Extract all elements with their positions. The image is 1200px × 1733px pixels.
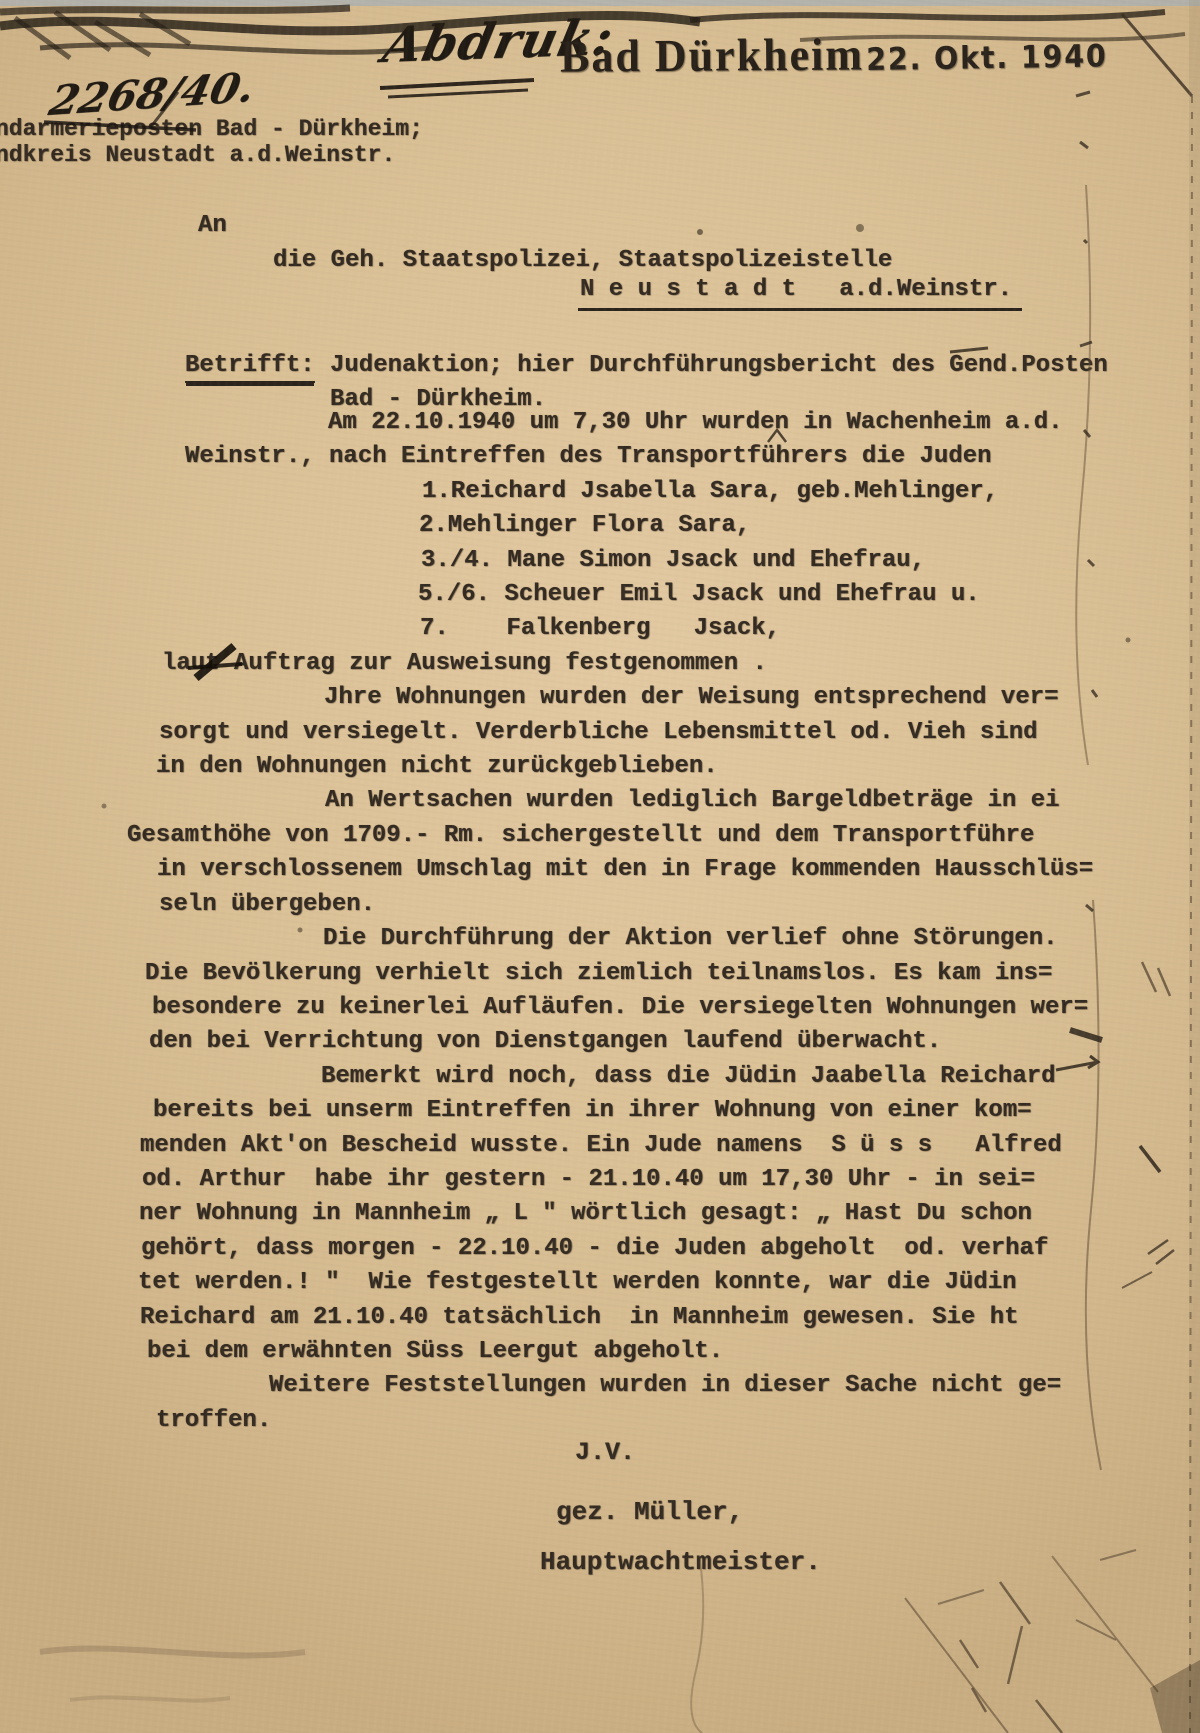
recipient-line-2: N e u s t a d t a.d.Weinstr. [578,276,1022,311]
document-line: tet werden.! " Wie festgestellt werden k… [0,1266,1198,1300]
document-line: Gesamthöhe von 1709.- Rm. sichergestellt… [2,819,1200,853]
document-line: 1.Reichard Jsabella Sara, geb.Mehlinger, [2,475,1200,509]
document-line: Jhre Wohnungen wurden der Weisung entspr… [0,681,1199,715]
subject-label: Betrifft: [185,352,315,383]
document-line: od. Arthur habe ihr gestern - 21.10.40 u… [2,1163,1200,1197]
document-line: gehört, dass morgen - 22.10.40 - die Jud… [1,1232,1200,1266]
date-stamp: 22. Okt. 1940 [866,38,1108,78]
document-line: Weitere Feststellungen wurden in dieser … [0,1369,1199,1403]
document-line: in verschlossenem Umschlag mit den in Fr… [0,853,1199,887]
document-line: 5./6. Scheuer Emil Jsack und Ehefrau u. [0,578,1198,612]
place-stamp: Bad Dürkheim [560,28,864,83]
document-line: sorgt und versiegelt. Verderbliche Leben… [1,716,1200,750]
signature-name: gez. Müller, [556,1497,743,1527]
document-line: bereits bei unserm Eintreffen in ihrer W… [0,1094,1198,1128]
sender-line-1: ndarmerieposten Bad - Dürkheim; [0,116,423,142]
document-body-lines: Am 22.10.1940 um 7,30 Uhr wurden in Wach… [0,406,1200,1438]
subject-line-1: Judenaktion; hier Durchführungsbericht d… [330,352,1108,379]
document-line: An Wertsachen wurden lediglich Bargeldbe… [0,784,1200,818]
document-line: Reichard am 21.10.40 tatsächlich in Mann… [0,1301,1200,1335]
document-line: den bei Verrichtung von Dienstgangen lau… [0,1025,1199,1059]
sender-line-2: ndkreis Neustadt a.d.Weinstr. [0,142,395,168]
signature-jv: J.V. [575,1438,635,1467]
recipient-an: An [198,212,227,239]
document-line: Weinstr., nach Eintreffen des Transportf… [0,440,1200,474]
document-line: Bemerkt wird noch, dass die Jüdin Jaabel… [1,1060,1200,1094]
document-line: Am 22.10.1940 um 7,30 Uhr wurden in Wach… [0,406,1198,440]
document-line: Die Bevölkerung verhielt sich ziemlich t… [0,957,1200,991]
document-line: in den Wohnungen nicht zurückgeblieben. [0,750,1198,784]
scan-page: Abdruk: Bad Dürkheim 22. Okt. 1940 2268/… [0,0,1200,1733]
document-line: bei dem erwähnten Süss Leergut abgeholt. [2,1335,1200,1369]
document-line: seln übergeben. [1,888,1200,922]
document-line: ner Wohnung in Mannheim „ L " wörtlich g… [0,1197,1199,1231]
signature-rank: Hauptwachtmeister. [540,1547,821,1577]
document-line: troffen. [1,1404,1200,1438]
document-line: menden Akt'on Bescheid wusste. Ein Jude … [0,1129,1200,1163]
document-line: Die Durchführung der Aktion verlief ohne… [0,922,1198,956]
document-line: besondere zu keinerlei Aufläufen. Die ve… [2,991,1200,1025]
scan-edge-strip [0,0,1200,6]
document-line: 7. Falkenberg Jsack, [0,612,1200,646]
document-line: 2.Mehlinger Flora Sara, [0,509,1199,543]
recipient-line-1: die Geh. Staatspolizei, Staatspolizeiste… [273,247,892,274]
document-line: 3./4. Mane Simon Jsack und Ehefrau, [1,544,1200,578]
document-line: laut Auftrag zur Ausweisung festgenommen… [2,647,1200,681]
